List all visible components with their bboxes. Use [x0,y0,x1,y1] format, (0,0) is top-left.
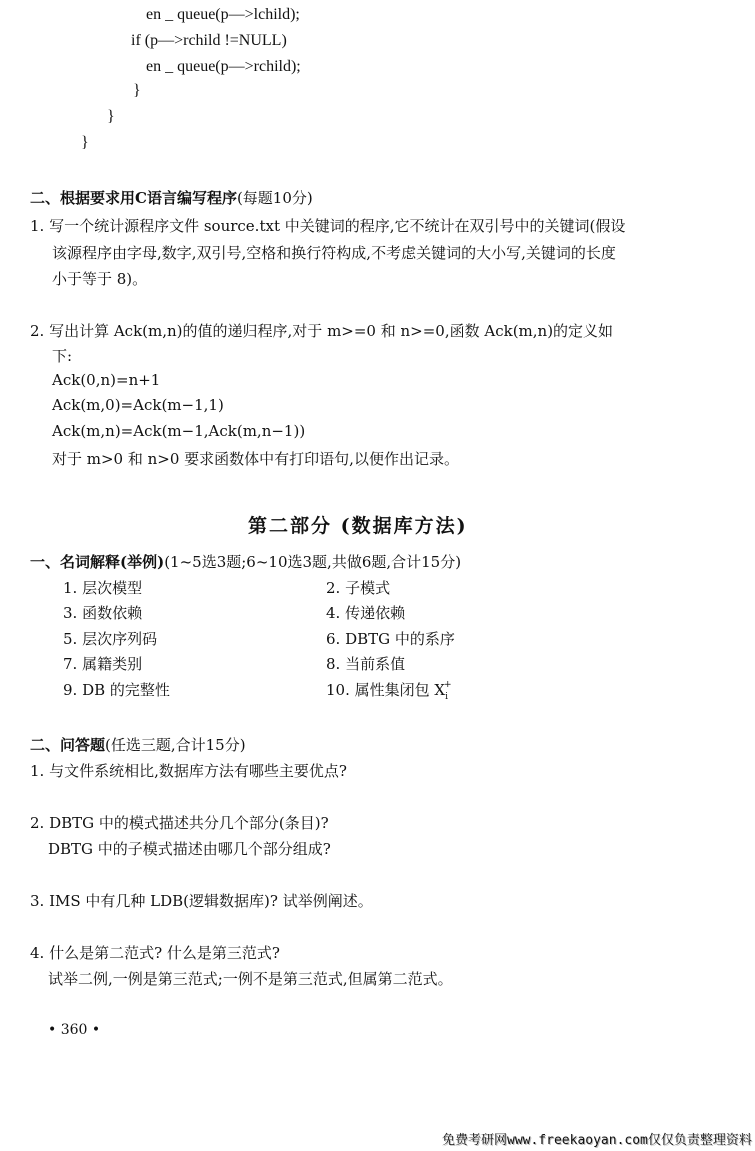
term-item-closure: 10. 属性集闭包 Xi+ [326,679,452,702]
page-number: • 360 • [48,1022,100,1038]
term-item: 3. 函数依赖 [63,602,142,623]
term-item: 8. 当前系值 [326,653,405,674]
heading-label: 二、问答题 [30,736,105,754]
heading-note: (每题10分) [237,189,313,207]
term-item: 7. 属籍类别 [63,653,142,674]
code-line: if (p—>rchild !=NULL) [131,32,287,50]
part-title: 第二部分 (数据库方法) [248,511,468,538]
question-line: 下: [52,345,72,366]
superscript: + [444,680,452,690]
qa-question: 2. DBTG 中的模式描述共分几个部分(条目)? [30,812,329,833]
qa-question: DBTG 中的子模式描述由哪几个部分组成? [48,838,331,859]
question-line: 该源程序由字母,数字,双引号,空格和换行符构成,不考虑关键词的大小写,关键词的长… [52,242,616,263]
qa-question: 3. IMS 中有几种 LDB(逻辑数据库)? 试举例阐述。 [30,890,373,911]
code-line: en _ queue(p—>rchild); [146,58,301,76]
term-item: 1. 层次模型 [63,577,142,598]
code-brace: } [107,108,115,126]
code-brace: } [81,134,89,152]
heading-note: (1~5选3题;6~10选3题,共做6题,合计15分) [164,553,461,571]
question-line: 对于 m>0 和 n>0 要求函数体中有打印语句,以便作出记录。 [52,448,459,469]
subscript: i [445,692,448,702]
question-line: 小于等于 8)。 [52,268,147,289]
code-brace: } [133,82,141,100]
term-item: 4. 传递依赖 [326,602,405,623]
term-item: 2. 子模式 [326,577,390,598]
qa-question: 试举二例,一例是第三范式;一例不是第三范式,但属第二范式。 [48,968,453,989]
term-text: 10. 属性集闭包 X [326,681,445,699]
qa-question: 4. 什么是第二范式? 什么是第三范式? [30,942,280,963]
term-item: 5. 层次序列码 [63,628,157,649]
section-heading-c-programming: 二、根据要求用C语言编写程序(每题10分) [30,187,313,208]
section-heading-terms: 一、名词解释(举例)(1~5选3题;6~10选3题,共做6题,合计15分) [30,551,461,572]
heading-label: 二、根据要求用C语言编写程序 [30,189,237,207]
term-item: 9. DB 的完整性 [63,679,170,700]
qa-question: 1. 与文件系统相比,数据库方法有哪些主要优点? [30,760,347,781]
term-item: 6. DBTG 中的系序 [326,628,455,649]
heading-label: 一、名词解释(举例) [30,553,164,571]
section-heading-qa: 二、问答题(任选三题,合计15分) [30,734,246,755]
formula-line: Ack(m,0)=Ack(m−1,1) [52,396,224,414]
code-line: en _ queue(p—>lchild); [146,6,300,24]
formula-line: Ack(m,n)=Ack(m−1,Ack(m,n−1)) [52,422,305,440]
heading-note: (任选三题,合计15分) [105,736,246,754]
formula-line: Ack(0,n)=n+1 [52,371,160,389]
watermark-text: 免费考研网www.freekaoyan.com仅仅负责整理资料 [442,1129,752,1148]
question-line: 2. 写出计算 Ack(m,n)的值的递归程序,对于 m>=0 和 n>=0,函… [30,320,613,341]
question-line: 1. 写一个统计源程序文件 source.txt 中关键词的程序,它不统计在双引… [30,215,625,236]
